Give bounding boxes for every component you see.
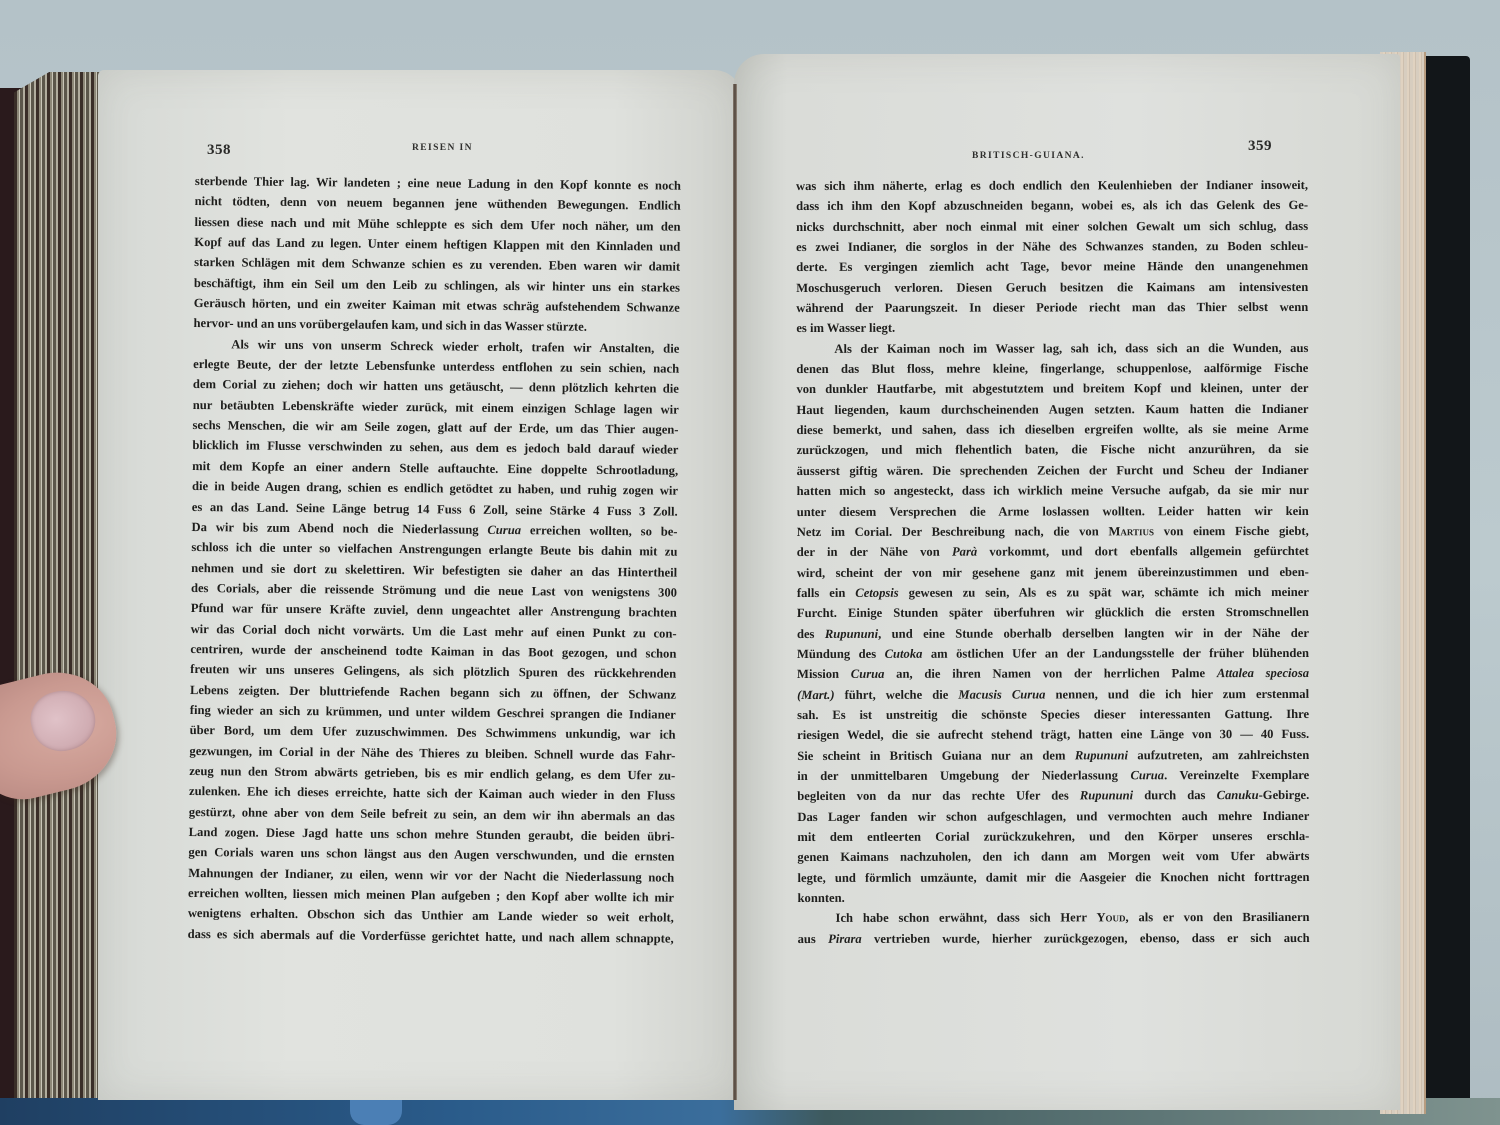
text-line: in der unmittelbaren Umgebung der Nieder…	[797, 765, 1309, 786]
text-line: aus Pirara vertrieben wurde, hierher zur…	[798, 928, 1310, 949]
text-line: es zwei Indianer, die sorglos in der Näh…	[796, 236, 1308, 257]
text-line: Furcht. Einige Stunden später überfuhren…	[797, 602, 1309, 623]
text-line: (Mart.) führt, welche die Macusis Curua …	[797, 684, 1309, 705]
text-line: der in der Nähe von Parà vorkommt, und d…	[797, 541, 1309, 562]
text-line: Mündung des Cutoka am östlichen Ufer an …	[797, 643, 1309, 664]
right-page-number: 359	[1248, 138, 1272, 155]
text-line: Haut liegenden, kaum durchscheinenden Au…	[796, 399, 1308, 420]
text-line: diese bemerkt, und sahen, dass ich diese…	[797, 419, 1309, 440]
bookmark-ribbon	[350, 1098, 402, 1125]
thumbnail	[25, 684, 102, 758]
text-line: begleiten von da nur das rechte Ufer des…	[797, 785, 1309, 806]
text-line: legte, und förmlich umzäunte, damit mir …	[797, 867, 1309, 888]
left-running-head: REISEN IN	[412, 143, 473, 153]
text-line: Als der Kaiman noch im Wasser lag, sah i…	[796, 338, 1308, 359]
text-line: riesigen Wedel, die sie aufrecht stehend…	[797, 724, 1309, 745]
text-line: Das Lager fanden wir schon aufgeschlagen…	[797, 806, 1309, 827]
text-line: Ich habe schon erwähnt, dass sich Herr Y…	[798, 907, 1310, 928]
text-line: dass ich ihm den Kopf abzuschneiden bega…	[796, 195, 1308, 216]
text-line: Sie scheint in Britisch Guiana nur an de…	[797, 745, 1309, 766]
left-page-body-text: sterbende Thier lag. Wir landeten ; eine…	[188, 171, 681, 949]
text-line: derte. Es vergingen ziemlich acht Tage, …	[796, 256, 1308, 277]
text-line: zurückzogen, und mich flehentlich baten,…	[797, 439, 1309, 460]
text-line: Netz im Corial. Der Beschreibung nach, d…	[797, 521, 1309, 542]
text-line: was sich ihm näherte, erlag es doch endl…	[796, 175, 1308, 196]
text-line: Mission Curua an, die ihren Namen von de…	[797, 663, 1309, 684]
book-gutter	[733, 84, 737, 1100]
text-line: mit dem entleerten Corial zurückzukehren…	[797, 826, 1309, 847]
text-line: genen Kaimans nachzuholen, den ich dann …	[797, 846, 1309, 867]
text-line: konnten.	[797, 887, 1309, 908]
text-line: nicks durchschnitt, aber noch einmal mit…	[796, 216, 1308, 237]
text-line: äusserst giftig wären. Die sprechenden Z…	[797, 460, 1309, 481]
page-edges-left	[14, 72, 102, 1098]
text-line: unter diesem Versprechen die Arme loslas…	[797, 500, 1309, 521]
right-running-head: BRITISCH-GUIANA.	[972, 151, 1085, 161]
text-line: des Rupununi, und eine Stunde oberhalb d…	[797, 622, 1309, 643]
open-book-photo: 358 REISEN IN 359 BRITISCH-GUIANA. sterb…	[0, 0, 1500, 1125]
text-line: es im Wasser liegt.	[796, 317, 1308, 338]
text-line: hatten mich so angesteckt, dass ich wirk…	[797, 480, 1309, 501]
text-line: wird, scheint der von mir gesehene ganz …	[797, 561, 1309, 582]
text-line: während der Paarungszeit. In dieser Peri…	[796, 297, 1308, 318]
text-line: denen das Blut floss, mehre kleine, fing…	[796, 358, 1308, 379]
text-line: falls ein Cetopsis gewesen zu sein, Als …	[797, 582, 1309, 603]
left-page-number: 358	[207, 142, 231, 159]
text-line: sah. Es ist unstreitig die schönste Spec…	[797, 704, 1309, 725]
text-line: Moschusgeruch verloren. Diesen Geruch be…	[796, 277, 1308, 298]
text-line: von dunkler Hautfarbe, mit abgestutztem …	[796, 378, 1308, 399]
right-page-body-text: was sich ihm näherte, erlag es doch endl…	[796, 175, 1310, 949]
